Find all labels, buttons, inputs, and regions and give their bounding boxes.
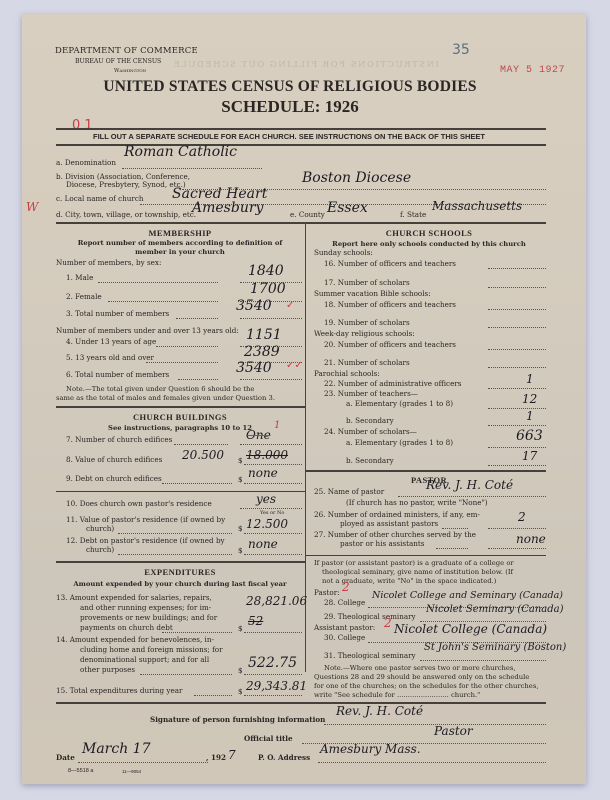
- q13-struck-value: 52: [248, 614, 263, 628]
- q26-assistants-field[interactable]: 2: [518, 510, 526, 524]
- q18-field[interactable]: [488, 309, 546, 310]
- membership-note-2: same as the total of males and females g…: [56, 394, 275, 403]
- q2-line: [108, 301, 218, 302]
- city-field[interactable]: Amesbury: [192, 200, 263, 216]
- po-address-line: [318, 762, 546, 763]
- q14-answer-line: [244, 674, 302, 675]
- q12-label-2: church): [86, 546, 114, 554]
- q13-line: [162, 632, 232, 633]
- q14-label: 14. Amount expended for benevolences, in…: [56, 636, 214, 644]
- q4-under13-field[interactable]: 1151: [246, 327, 282, 343]
- q25-line: [398, 496, 546, 497]
- official-title-field[interactable]: Pastor: [434, 724, 473, 738]
- q21-field[interactable]: [488, 367, 546, 368]
- q13-label-4: payments on church debt: [80, 624, 173, 632]
- expenditures-subtitle: Amount expended by your church during la…: [56, 580, 304, 588]
- graduate-note-2: theological seminary, give name of insti…: [322, 568, 513, 577]
- q6-answer-line: [240, 379, 302, 380]
- q24b-label: b. Secondary: [346, 457, 394, 465]
- pastor-mid-rule: [305, 555, 546, 556]
- q13-label-2: and other running expenses; for im-: [80, 604, 211, 612]
- assistant-red-mark: 2: [384, 616, 392, 630]
- by-sex-label: Number of members, by sex:: [56, 259, 161, 267]
- q10-residence-field[interactable]: yes: [256, 492, 276, 506]
- church-schools-title: CHURCH SCHOOLS: [306, 228, 552, 238]
- q9-label: 9. Debt on church edifices: [66, 475, 162, 483]
- red-code-mark: 0 1: [72, 118, 93, 133]
- q23a-line: [488, 408, 546, 409]
- q10-answer-line: [240, 508, 302, 509]
- state-label: f. State: [400, 211, 426, 219]
- form-title: UNITED STATES CENSUS OF RELIGIOUS BODIES: [22, 78, 586, 96]
- city-label: d. City, town, village, or township, etc…: [56, 211, 196, 219]
- q18-label: 18. Number of officers and teachers: [324, 301, 456, 309]
- q11-value-field[interactable]: 12.500: [246, 517, 288, 531]
- stamp-number: 35: [452, 42, 470, 58]
- q6-label: 6. Total number of members: [66, 371, 169, 379]
- q17-field[interactable]: [488, 287, 546, 288]
- city-header: Washington: [114, 68, 146, 74]
- q9-debt-field[interactable]: none: [248, 466, 278, 480]
- q24b-line: [488, 465, 546, 466]
- assistant-pastor-label: Assistant pastor:: [314, 624, 375, 632]
- bureau-header: BUREAU OF THE CENSUS: [75, 58, 161, 65]
- q7-edifices-field[interactable]: One: [246, 428, 271, 442]
- county-field[interactable]: Essex: [327, 200, 368, 216]
- q23b-label: b. Secondary: [346, 417, 394, 425]
- q8-label: 8. Value of church edifices: [66, 456, 162, 464]
- q14-label-3: denominational support; and for all: [80, 656, 209, 664]
- q14-currency: $: [238, 667, 243, 675]
- year-prefix: , 192: [206, 754, 226, 762]
- official-title-label: Official title: [244, 735, 293, 743]
- q13-currency: $: [238, 625, 243, 633]
- by-age-label: Number of members under and over 13 year…: [56, 327, 239, 335]
- q9-currency: $: [238, 476, 243, 484]
- q23a-elementary-teachers-field[interactable]: 12: [522, 392, 537, 406]
- census-schedule-page: DEPARTMENT OF COMMERCE BUREAU OF THE CEN…: [22, 14, 586, 784]
- state-field[interactable]: Massachusetts: [432, 199, 522, 213]
- q3-total-field[interactable]: 3540: [236, 298, 272, 314]
- department-header: DEPARTMENT OF COMMERCE: [55, 46, 198, 56]
- denomination-field[interactable]: Roman Catholic: [124, 144, 237, 160]
- pastor-red-mark: 2: [342, 580, 350, 594]
- q12-currency: $: [238, 547, 243, 555]
- pastor-label: Pastor:: [314, 589, 340, 597]
- q30-label: 30. College: [324, 634, 365, 642]
- membership-title: MEMBERSHIP: [56, 228, 304, 238]
- q9-answer-line: [244, 483, 302, 484]
- q11-line: [118, 533, 232, 534]
- red-check-icon-2: ✓✓: [286, 360, 303, 371]
- q27-answer-line: [488, 548, 546, 549]
- date-field[interactable]: March 17: [82, 741, 151, 757]
- buildings-rule: [56, 561, 305, 563]
- q1-label: 1. Male: [66, 274, 93, 282]
- q23a-label: a. Elementary (grades 1 to 8): [346, 400, 453, 408]
- q8-answer-line: [244, 464, 302, 465]
- q21-label: 21. Number of scholars: [324, 359, 410, 367]
- q8-original-value: 20.500: [182, 448, 224, 462]
- q5-over13-field[interactable]: 2389: [244, 344, 280, 360]
- q14-benevolences-field[interactable]: 522.75: [248, 655, 297, 671]
- q25-pastor-name-field[interactable]: Rev. J. H. Coté: [426, 478, 513, 492]
- q15-line: [194, 695, 232, 696]
- signature-label: Signature of person furnishing informati…: [150, 716, 325, 724]
- summer-schools-label: Summer vacation Bible schools:: [314, 290, 431, 298]
- q16-label: 16. Number of officers and teachers: [324, 260, 456, 268]
- q30-college-field[interactable]: Nicolet College (Canada): [394, 622, 547, 636]
- q7-line: [174, 444, 228, 445]
- q10-label: 10. Does church own pastor's residence: [66, 500, 212, 508]
- q26-line: [442, 528, 468, 529]
- q23b-line: [488, 425, 546, 426]
- q3-line: [176, 318, 218, 319]
- q17-label: 17. Number of scholars: [324, 279, 410, 287]
- church-buildings-title: CHURCH BUILDINGS: [56, 412, 304, 422]
- q23b-secondary-teachers-field[interactable]: 1: [526, 409, 534, 423]
- q11-answer-line: [244, 533, 302, 534]
- q4-label: 4. Under 13 years of age: [66, 338, 156, 346]
- q14-line: [140, 674, 232, 675]
- q27-label-2: pastor or his assistants: [340, 540, 425, 548]
- local-name-label: c. Local name of church: [56, 195, 144, 203]
- schools-rule: [305, 470, 546, 472]
- q11-label-2: church): [86, 525, 114, 533]
- q28-label: 28. College: [324, 599, 365, 607]
- q7-label: 7. Number of church edifices: [66, 436, 172, 444]
- county-label: e. County: [290, 211, 325, 219]
- q31-label: 31. Theological seminary: [324, 652, 416, 660]
- q13-label-3: provements or new buildings; and for: [80, 614, 217, 622]
- q3-answer-line: [240, 318, 302, 319]
- q3-label: 3. Total number of members: [66, 310, 169, 318]
- division-field[interactable]: Boston Diocese: [302, 170, 411, 186]
- q26-label-2: ployed as assistant pastors: [340, 520, 438, 528]
- q10-hint: Yes or No: [260, 510, 284, 516]
- q24b-secondary-scholars-field[interactable]: 17: [522, 449, 537, 463]
- instruction-line: FILL OUT A SEPARATE SCHEDULE FOR EACH CH…: [22, 132, 586, 141]
- q29-seminary-field[interactable]: Nicolet Seminary (Canada): [426, 604, 564, 615]
- membership-note: Note.—The total given under Question 6 s…: [66, 385, 254, 394]
- q25-label: 25. Name of pastor: [314, 488, 384, 496]
- q22-line: [488, 388, 546, 389]
- pastor-note-3: for one of the churches; on the schedule…: [314, 682, 538, 691]
- q6-total-field[interactable]: 3540: [236, 360, 272, 376]
- q22-officers-field[interactable]: 1: [526, 372, 534, 386]
- denomination-line: [122, 168, 262, 169]
- header-rule: [56, 128, 546, 130]
- q19-label: 19. Number of scholars: [324, 319, 410, 327]
- footer-rule: [56, 702, 546, 704]
- schedule-title: SCHEDULE: 1926: [22, 97, 586, 117]
- q23-label: 23. Number of teachers—: [324, 390, 418, 398]
- q27-other-churches-field[interactable]: none: [516, 532, 546, 546]
- denomination-label: a. Denomination: [56, 159, 116, 167]
- red-check-icon: ✓: [286, 300, 294, 311]
- print-code: 11—9054: [122, 769, 141, 774]
- q13-expenses-field[interactable]: 28,821.06: [246, 594, 307, 608]
- pastor-note: Note.—Where one pastor serves two or mor…: [324, 664, 516, 673]
- membership-subtitle-2: member in your church: [56, 248, 304, 256]
- show-through-text: INSTRUCTIONS FOR FILLING OUT SCHEDULE: [172, 60, 439, 70]
- q7-correction: 1: [274, 420, 280, 431]
- q20-label: 20. Number of officers and teachers: [324, 341, 456, 349]
- identification-rule: [56, 222, 546, 224]
- q26-answer-line: [488, 528, 546, 529]
- q15-label: 15. Total expenditures during year: [56, 687, 182, 695]
- parochial-schools-label: Parochial schools:: [314, 370, 380, 378]
- graduate-note: If pastor (or assistant pastor) is a gra…: [314, 559, 514, 568]
- q14-label-2: cluding home and foreign missions; for: [80, 646, 223, 654]
- po-address-label: P. O. Address: [258, 754, 310, 762]
- q28-college-field[interactable]: Nicolet College and Seminary (Canada): [372, 590, 563, 601]
- weekday-schools-label: Week-day religious schools:: [314, 330, 415, 338]
- red-margin-mark: W: [26, 200, 38, 214]
- sunday-schools-label: Sunday schools:: [314, 249, 373, 257]
- q8-value-field[interactable]: 18.000: [246, 448, 288, 462]
- q22-label: 22. Number of administrative officers: [324, 380, 461, 388]
- q7-answer-line: [240, 444, 302, 445]
- q25-hint: (If church has no pastor, write "None"): [346, 499, 488, 507]
- q24a-elementary-scholars-field[interactable]: 663: [516, 428, 543, 444]
- expenditures-title: EXPENDITURES: [56, 567, 304, 577]
- q15-answer-line: [244, 695, 302, 696]
- q9-line: [162, 483, 232, 484]
- q31-line: [420, 660, 546, 661]
- q5-line: [146, 362, 218, 363]
- year-field[interactable]: 7: [228, 748, 236, 762]
- q4-line: [156, 346, 218, 347]
- po-address-field[interactable]: Amesbury Mass.: [320, 742, 421, 756]
- q2-female-field[interactable]: 1700: [250, 281, 286, 297]
- q14-label-4: other purposes: [80, 666, 135, 674]
- q19-field[interactable]: [488, 327, 546, 328]
- q13-label: 13. Amount expended for salaries, repair…: [56, 594, 212, 602]
- q1-line: [98, 282, 218, 283]
- q11-currency: $: [238, 525, 243, 533]
- date-label: Date: [56, 754, 75, 762]
- signature-field[interactable]: Rev. J. H. Coté: [336, 704, 423, 718]
- q24a-label: a. Elementary (grades 1 to 8): [346, 439, 453, 447]
- q15-total-field[interactable]: 29,343.81: [246, 679, 307, 693]
- division-label-2: Diocese, Presbytery, Synod, etc.): [66, 181, 186, 189]
- q12-answer-line: [244, 554, 302, 555]
- membership-subtitle: Report number of members according to de…: [56, 239, 304, 247]
- q24a-line: [488, 447, 546, 448]
- date-line: [78, 762, 208, 763]
- q8-currency: $: [238, 457, 243, 465]
- pastor-note-4: write "See schedule for ................…: [314, 691, 480, 700]
- q12-debt-field[interactable]: none: [248, 537, 278, 551]
- membership-rule: [56, 406, 305, 408]
- q13-answer-line: [244, 632, 302, 633]
- q5-label: 5. 13 years old and over: [66, 354, 154, 362]
- q24-label: 24. Number of scholars—: [324, 428, 417, 436]
- q31-seminary-field[interactable]: St John's Seminary (Boston): [424, 642, 566, 653]
- q1-male-field[interactable]: 1840: [248, 263, 284, 279]
- form-code: 8—5518 a: [68, 768, 93, 774]
- q20-field[interactable]: [488, 349, 546, 350]
- q29-label: 29. Theological seminary: [324, 613, 416, 621]
- received-date-stamp: MAY 5 1927: [500, 65, 565, 76]
- q12-line: [118, 554, 232, 555]
- q27-line: [436, 548, 468, 549]
- q15-currency: $: [238, 688, 243, 696]
- pastor-note-2: Questions 28 and 29 should be answered o…: [314, 673, 529, 682]
- q2-label: 2. Female: [66, 293, 102, 301]
- q16-field[interactable]: [488, 268, 546, 269]
- q6-line: [178, 379, 218, 380]
